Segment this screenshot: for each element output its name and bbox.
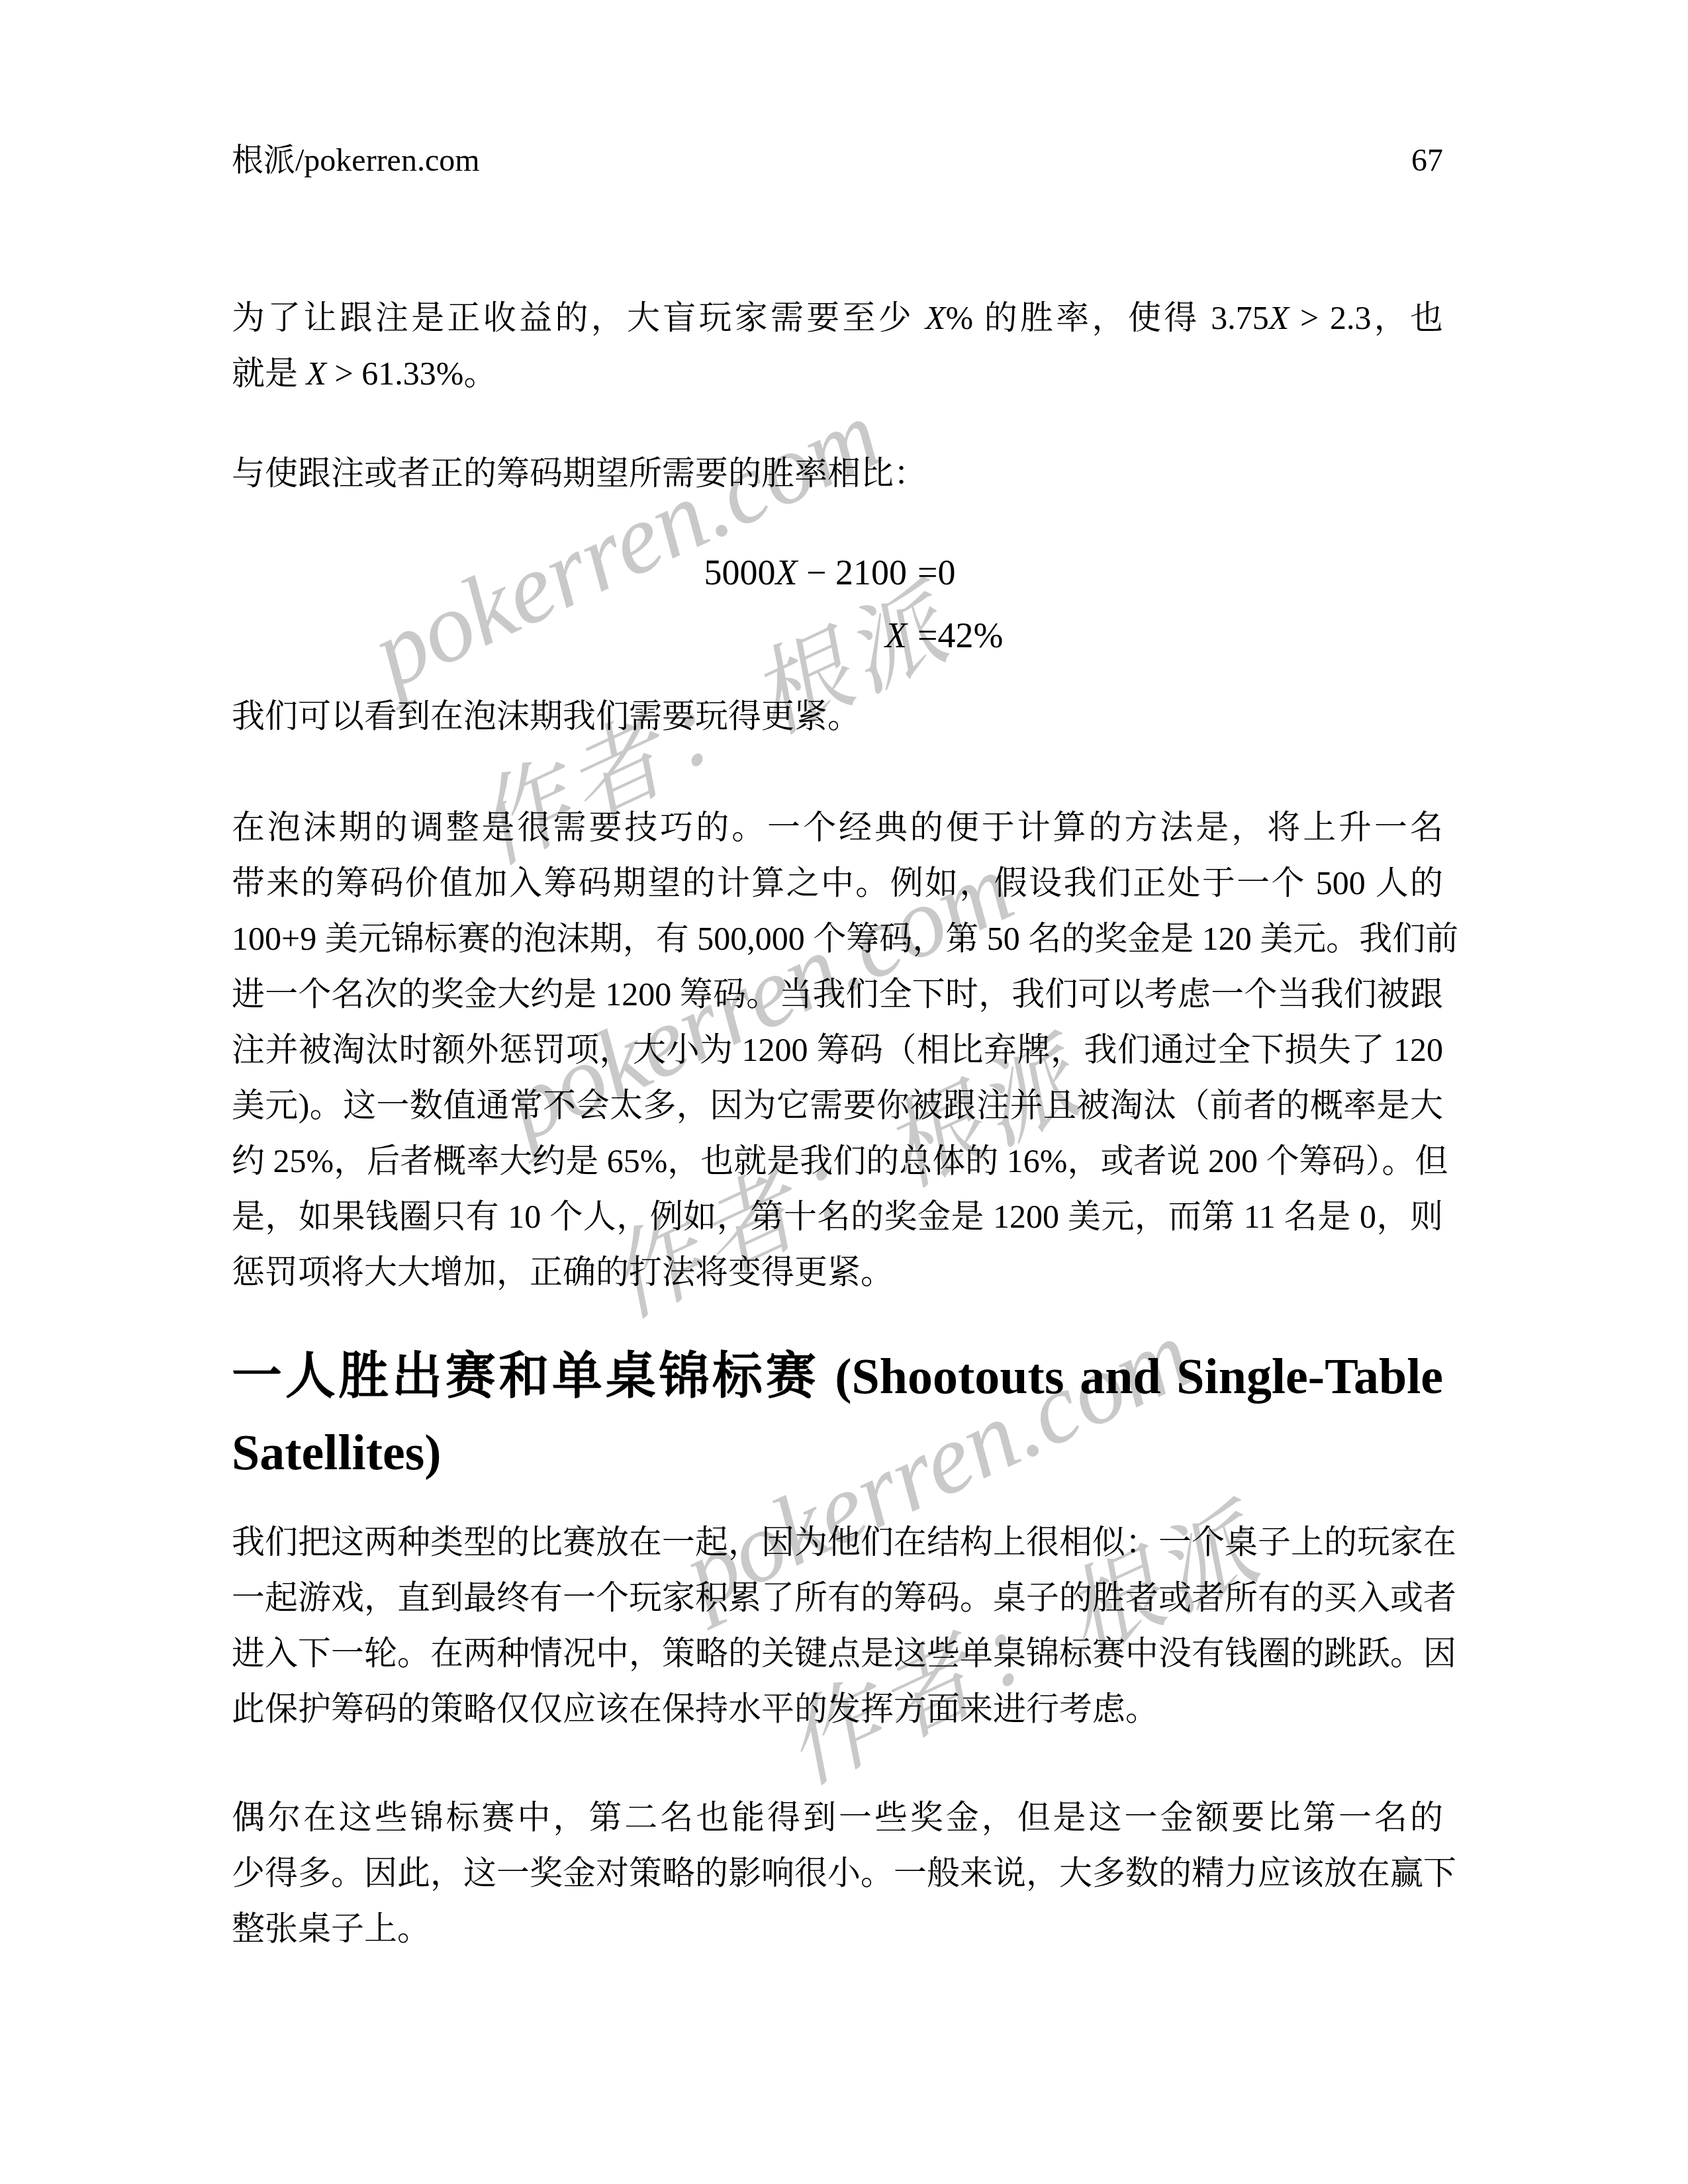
text-line: 为了让跟注是正收益的，大盲玩家需要至少 X% 的胜率，使得 3.75X > 2.… [232,290,1443,345]
paragraph-play-tighter: 我们可以看到在泡沫期我们需要玩得更紧。 [232,688,1443,744]
paragraph-call-ev: 为了让跟注是正收益的，大盲玩家需要至少 X% 的胜率，使得 3.75X > 2.… [232,290,1443,401]
text-line: 是，如果钱圈只有 10 个人，例如，第十名的奖金是 1200 美元，而第 11 … [232,1189,1443,1244]
text-line: 惩罚项将大大增加，正确的打法将变得更紧。 [232,1244,1443,1300]
text-line: 注并被淘汰时额外惩罚项，大小为 1200 筹码（相比弃牌，我们通过全下损失了 1… [232,1022,1443,1077]
equation-1: 5000X − 2100 =0 [232,541,1443,604]
paragraph-second-place: 偶尔在这些锦标赛中，第二名也能得到一些奖金，但是这一金额要比第一名的 少得多。因… [232,1790,1443,1956]
paragraph-compare-winrate: 与使跟注或者正的筹码期望所需要的胜率相比： [232,445,1443,501]
text-line: 就是 X > 61.33%。 [232,345,1443,401]
text-line: 我们把这两种类型的比赛放在一起，因为他们在结构上很相似：一个桌子上的玩家在 [232,1514,1443,1570]
heading-line: 一人胜出赛和单桌锦标赛 (Shootouts and Single-Table [232,1339,1443,1415]
text-line: 进一个名次的奖金大约是 1200 筹码。当我们全下时，我们可以考虑一个当我们被跟 [232,966,1443,1022]
text-line: 偶尔在这些锦标赛中，第二名也能得到一些奖金，但是这一金额要比第一名的 [232,1790,1443,1845]
text-line: 整张桌子上。 [232,1901,1443,1956]
text-line: 进入下一轮。在两种情况中，策略的关键点是这些单桌锦标赛中没有钱圈的跳跃。因 [232,1625,1443,1681]
heading-line: Satellites) [232,1415,1443,1491]
equation-lhs: X [232,604,907,667]
text-line: 美元)。这一数值通常不会太多，因为它需要你被跟注并且被淘汰（前者的概率是大 [232,1077,1443,1133]
text-line: 100+9 美元锦标赛的泡沫期，有 500,000 个筹码，第 50 名的奖金是… [232,911,1443,966]
text-line: 一起游戏，直到最终有一个玩家积累了所有的筹码。桌子的胜者或者所有的买入或者 [232,1570,1443,1625]
text-line: 在泡沫期的调整是很需要技巧的。一个经典的便于计算的方法是，将上升一名 [232,799,1443,855]
page-number: 67 [232,141,1443,181]
equation-rhs: =42% [917,604,1003,667]
text-line: 约 25%，后者概率大约是 65%，也就是我们的总体的 16%，或者说 200 … [232,1133,1443,1189]
document-page: pokerren.com 作者：根派 pokerren.com 作者：根派 po… [0,0,1688,2184]
paragraph-bubble-adjustment: 在泡沫期的调整是很需要技巧的。一个经典的便于计算的方法是，将上升一名 带来的筹码… [232,799,1443,1300]
equation-2: X =42% [232,604,1443,667]
equation-rhs: =0 [917,541,955,604]
text-line: 带来的筹码价值加入筹码期望的计算之中。例如，假设我们正处于一个 500 人的 [232,855,1443,911]
text-line: 此保护筹码的策略仅仅应该在保持水平的发挥方面来进行考虑。 [232,1681,1443,1737]
text-line: 我们可以看到在泡沫期我们需要玩得更紧。 [232,688,1443,744]
section-heading-shootouts: 一人胜出赛和单桌锦标赛 (Shootouts and Single-Table … [232,1339,1443,1491]
text-line: 少得多。因此，这一奖金对策略的影响很小。一般来说，大多数的精力应该放在赢下 [232,1845,1443,1901]
equation-lhs: 5000X − 2100 [232,541,907,604]
paragraph-structure-similar: 我们把这两种类型的比赛放在一起，因为他们在结构上很相似：一个桌子上的玩家在 一起… [232,1514,1443,1737]
text-line: 与使跟注或者正的筹码期望所需要的胜率相比： [232,445,1443,501]
